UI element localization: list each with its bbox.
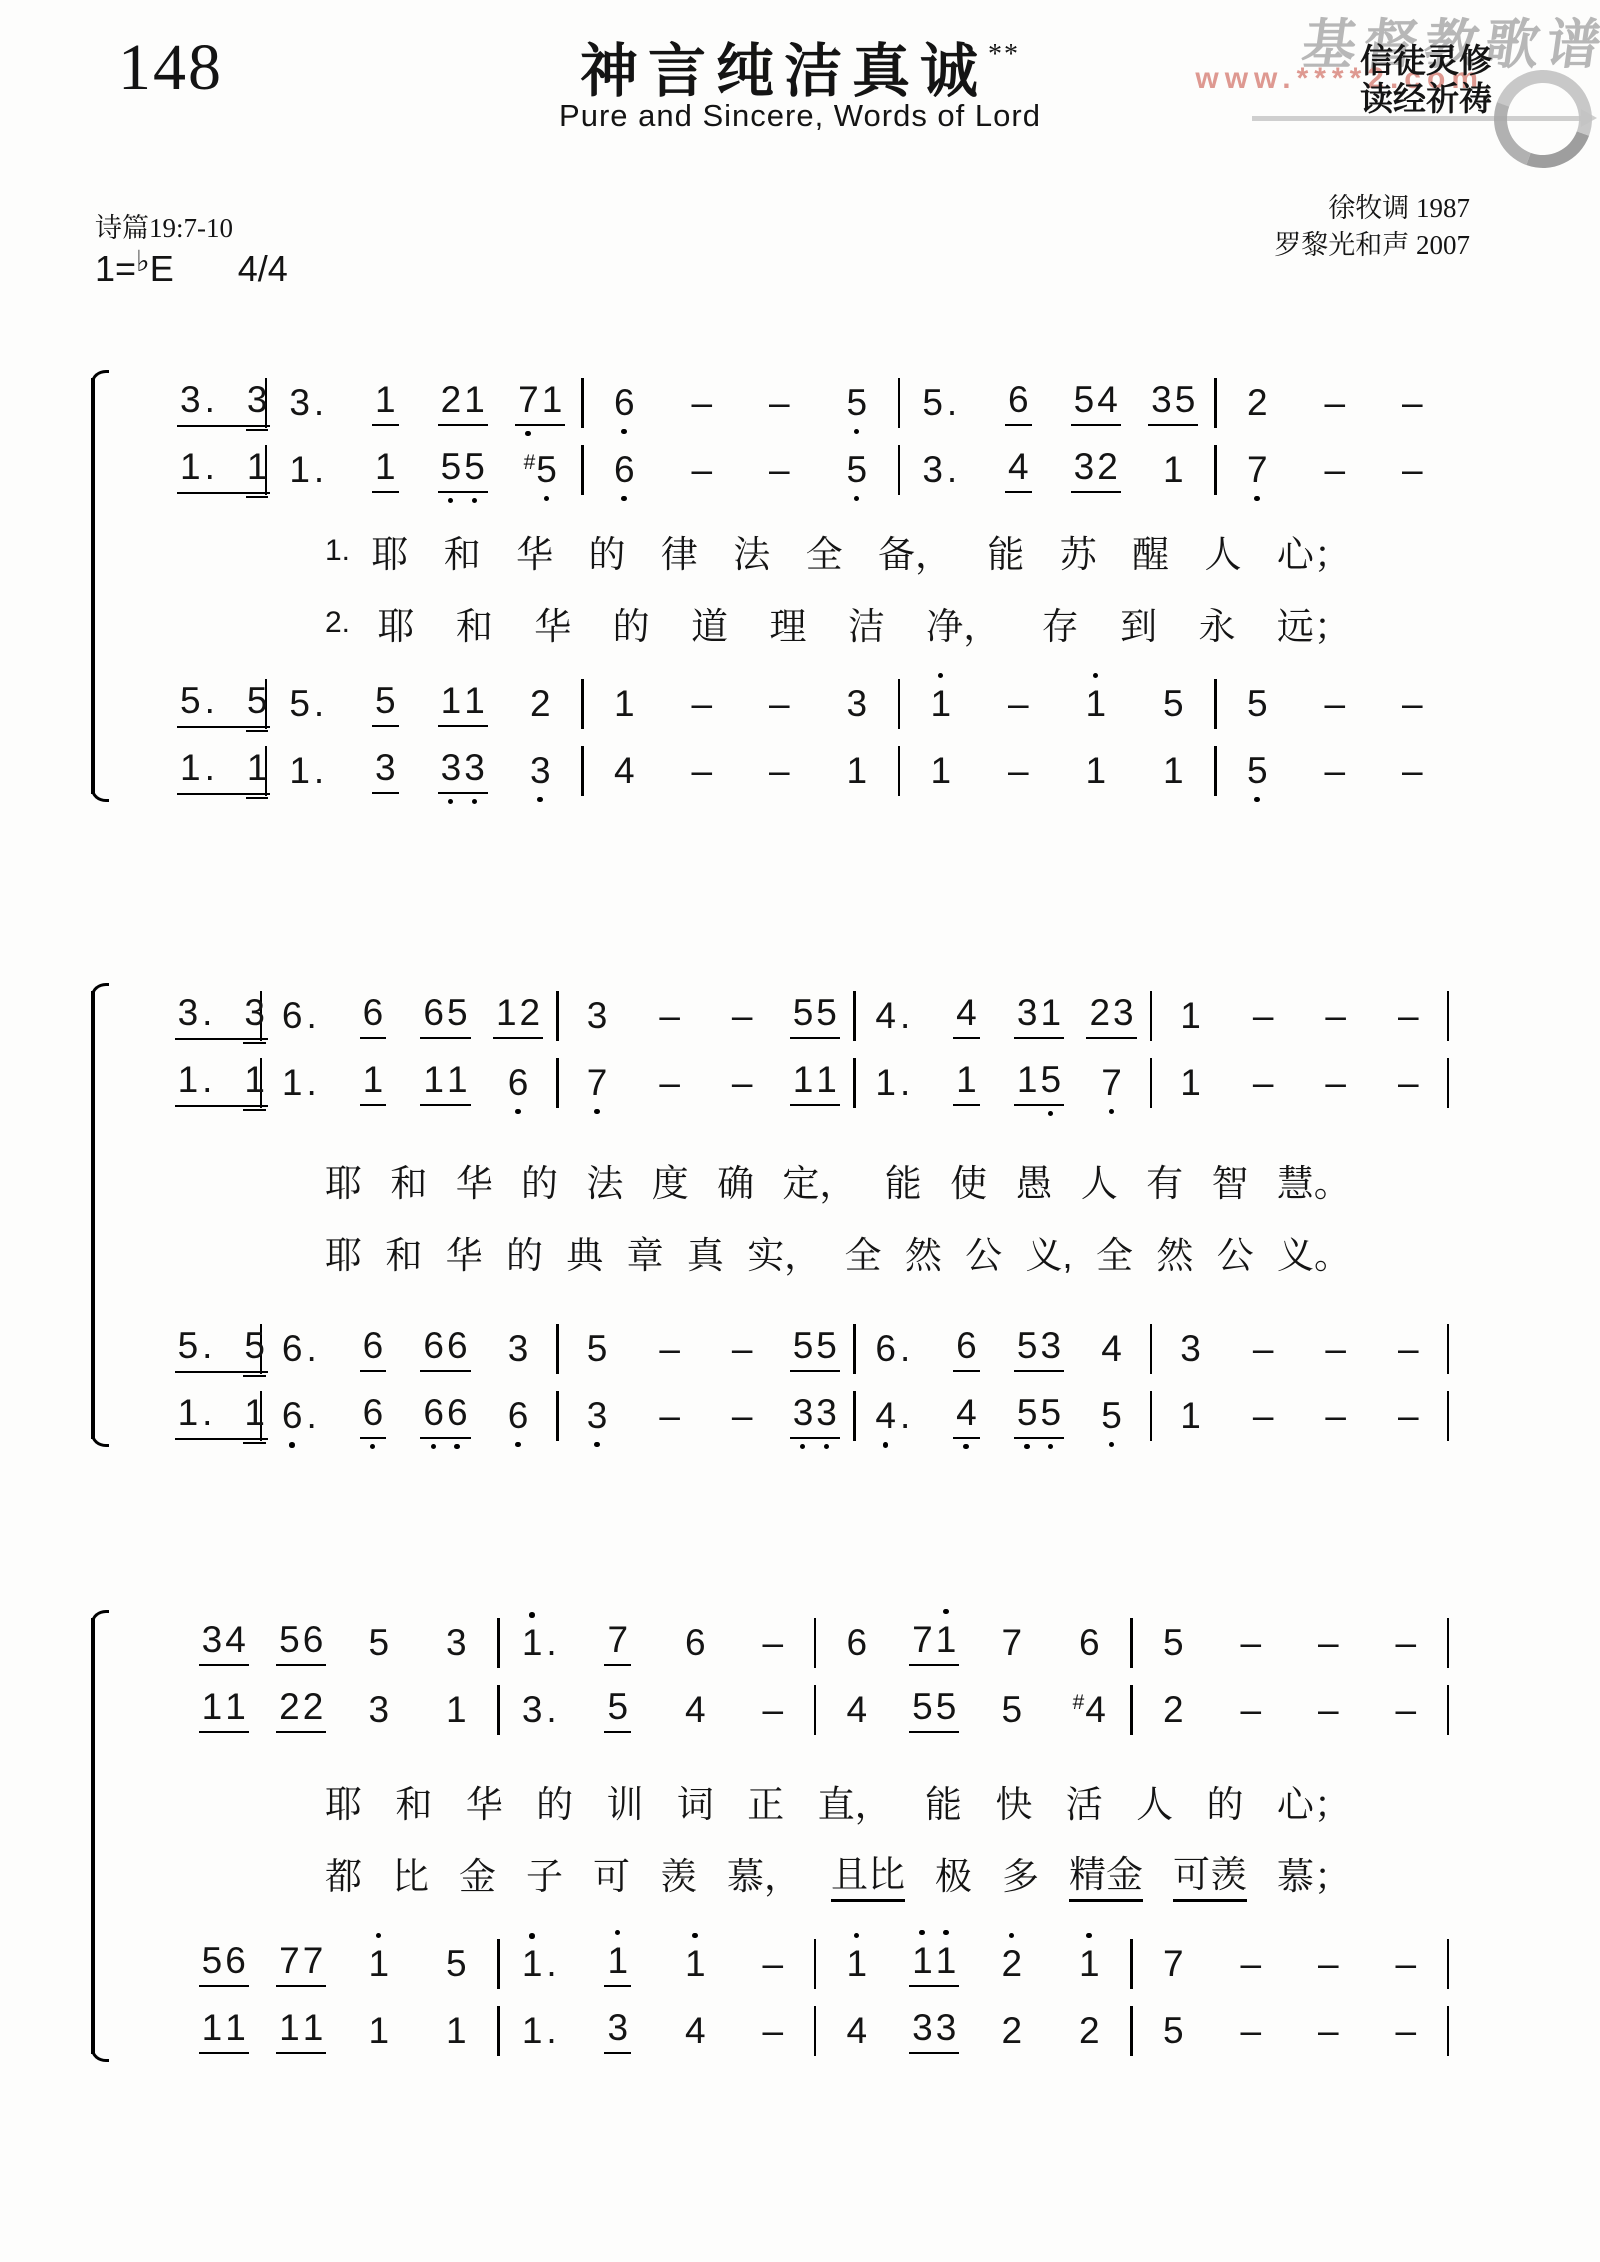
sustain-dash: – — [1402, 684, 1423, 725]
note-group: 6. — [282, 1328, 319, 1370]
note-group: 55 — [1014, 1393, 1064, 1440]
sustain-dash: – — [1318, 2011, 1339, 2052]
note-cell: 1.1 — [185, 446, 263, 494]
note-group: – — [691, 684, 712, 725]
dash-cell: – — [1372, 1396, 1445, 1437]
note-group: 1 — [1163, 450, 1184, 491]
note-cell: 1 — [418, 2011, 496, 2052]
sustain-dash: – — [1398, 1329, 1419, 1370]
sustain-dash: – — [659, 1396, 680, 1437]
note-group: 1 — [930, 751, 951, 792]
note-cell: 7 — [561, 1063, 634, 1104]
lyric-syllable: 心； — [1277, 524, 1351, 578]
note-group: – — [691, 751, 712, 792]
note-group: 7 — [604, 1620, 631, 1667]
note-group: 7 — [1247, 450, 1268, 491]
note-group: – — [1398, 1396, 1419, 1437]
dash-cell: – — [1372, 1329, 1445, 1370]
dash-cell: – — [734, 2011, 812, 2052]
dash-cell: – — [1299, 1396, 1372, 1437]
note-digit: 4 — [1097, 380, 1118, 421]
note-digit: 3 — [464, 748, 485, 789]
note-cell: 54 — [1057, 380, 1135, 427]
dash-cell: – — [1299, 996, 1372, 1037]
sustain-dash: – — [762, 1623, 783, 1664]
note-cell: 6 — [586, 450, 664, 491]
dash-cell: – — [734, 1623, 812, 1664]
note-group: 5 — [1001, 1690, 1022, 1731]
note-digit: 1 — [912, 1941, 933, 1982]
note-group: 5.5 — [175, 1325, 268, 1373]
note-digit: 1 — [289, 450, 310, 491]
barline — [497, 1618, 500, 1668]
note-group: 1 — [614, 684, 635, 725]
barline — [1447, 2006, 1450, 2056]
note-group: 5. — [922, 382, 959, 424]
note-digit: 7 — [1247, 450, 1268, 491]
note-digit: 5 — [912, 1687, 933, 1728]
note-cell: 1 — [902, 751, 980, 792]
note-digit: 2 — [303, 1687, 324, 1728]
note-group: 33 — [909, 2008, 959, 2055]
note-digit: 3 — [793, 1393, 814, 1434]
note-digit: 3 — [846, 684, 867, 725]
note-cell: 11 — [424, 681, 502, 728]
barline — [1214, 746, 1217, 796]
lyric-syllable: 确 — [717, 1153, 754, 1207]
note-group: 4 — [1005, 447, 1032, 494]
note-digit: 7 — [587, 1063, 608, 1104]
lyric-syllable: 度 — [652, 1153, 689, 1207]
note-digit: 6 — [363, 1393, 384, 1434]
dash-cell: – — [1367, 1944, 1445, 1985]
note-cell: 1. — [269, 750, 347, 792]
note-group: 1 — [446, 2011, 467, 2052]
note-digit: 1 — [816, 1060, 837, 1101]
note-digit: 2 — [1001, 1944, 1022, 1985]
note-digit: 2 — [1163, 1690, 1184, 1731]
note-cell: 22 — [263, 1687, 341, 1734]
augmentation-dot: . — [947, 382, 957, 424]
barline — [898, 445, 901, 495]
lyric-syllable: 活 — [1066, 1774, 1103, 1828]
note-digit: 5 — [368, 1623, 389, 1664]
note-digit: 7 — [607, 1620, 628, 1661]
sustain-dash: – — [769, 383, 790, 424]
note-digit: 2 — [530, 684, 551, 725]
note-group: – — [1253, 1396, 1274, 1437]
note-digit: 1 — [423, 1060, 444, 1101]
note-group: 6. — [282, 995, 319, 1037]
note-group: 1 — [846, 751, 867, 792]
note-digit: 1 — [225, 2008, 246, 2049]
note-digit: 3 — [446, 1623, 467, 1664]
dash-cell: – — [1299, 1063, 1372, 1104]
augmentation-dot: . — [306, 1062, 316, 1104]
lyric-syllable: 永 — [1199, 596, 1236, 650]
lyric-syllable: 的 — [506, 1225, 543, 1279]
note-digit: 4 — [685, 2011, 706, 2052]
note-digit: 1 — [793, 1060, 814, 1101]
note-group: 65 — [420, 993, 470, 1040]
lyric-syllable: 道 — [691, 596, 728, 650]
dash-cell: – — [741, 684, 819, 725]
note-group: 1. — [522, 1943, 559, 1985]
note-cell: 6. — [264, 1328, 337, 1370]
note-cell: 71 — [896, 1620, 974, 1667]
note-cell: 5 — [818, 450, 896, 491]
note-digit: 1 — [178, 1393, 199, 1434]
note-group: 1 — [368, 1944, 389, 1985]
soprano-line: 3456531.76–671765––– — [185, 1612, 1451, 1674]
note-cell: 4 — [818, 1690, 896, 1731]
barline — [556, 1058, 559, 1108]
note-digit: 6 — [508, 1063, 529, 1104]
note-group: – — [1325, 996, 1346, 1037]
barline — [814, 1618, 817, 1668]
key-note: E — [150, 248, 174, 289]
note-group: 4 — [953, 993, 980, 1040]
note-group: 56 — [276, 1620, 326, 1667]
barline — [898, 378, 901, 428]
note-digit: 1 — [247, 447, 268, 488]
sustain-dash: – — [762, 1690, 783, 1731]
note-cell: 3 — [340, 1690, 418, 1731]
note-cell: 31 — [1003, 993, 1076, 1040]
note-group: – — [659, 996, 680, 1037]
augmentation-dot: . — [900, 995, 910, 1037]
note-cell: 33 — [424, 748, 502, 795]
lyric-syllable: 的 — [536, 1774, 573, 1828]
note-digit: 3 — [587, 1396, 608, 1437]
barline — [1447, 1391, 1450, 1441]
note-digit: 1 — [846, 1944, 867, 1985]
note-group: 4 — [846, 2011, 867, 2052]
note-digit: 1 — [496, 993, 517, 1034]
note-cell: 4. — [858, 1395, 931, 1437]
note-digit: 3 — [441, 748, 462, 789]
dash-cell: – — [1212, 2011, 1290, 2052]
note-cell: 55 — [896, 1687, 974, 1734]
note-cell: 1. — [502, 1622, 580, 1664]
note-cell: 21 — [424, 380, 502, 427]
sustain-dash: – — [769, 450, 790, 491]
note-digit: 3 — [1113, 993, 1134, 1034]
note-digit: 5 — [936, 1687, 957, 1728]
lyric-syllable: 和 — [390, 1153, 427, 1207]
sustain-dash: – — [1008, 751, 1029, 792]
note-digit: 6 — [282, 1396, 303, 1437]
lyric-syllable: 净， — [926, 596, 1000, 650]
note-group: 1 — [1180, 1396, 1201, 1437]
note-cell: 1 — [818, 751, 896, 792]
dash-cell: – — [741, 383, 819, 424]
note-cell: 5 — [1135, 1623, 1213, 1664]
note-digit: 1 — [685, 1944, 706, 1985]
note-group: 11 — [420, 1060, 470, 1107]
note-cell: 5 — [818, 383, 896, 424]
note-cell: 33 — [779, 1393, 852, 1440]
note-group: 7 — [1101, 1063, 1122, 1104]
barline — [814, 2006, 817, 2056]
note-cell: 1 — [1057, 684, 1135, 725]
note-group: – — [1395, 2011, 1416, 2052]
note-digit: 4 — [685, 1690, 706, 1731]
note-group: 3 — [587, 996, 608, 1037]
note-cell: 3. — [502, 1689, 580, 1731]
note-group: 3 — [587, 1396, 608, 1437]
lyric-syllable: 典 — [566, 1225, 603, 1279]
note-digit: 3 — [922, 450, 943, 491]
lyric-syllable: 智 — [1211, 1153, 1248, 1207]
note-group: 23 — [1086, 993, 1136, 1040]
note-digit: 4 — [956, 993, 977, 1034]
lyric-syllable: 的 — [1207, 1774, 1244, 1828]
note-digit: 1 — [247, 748, 268, 789]
note-digit: 6 — [423, 993, 444, 1034]
note-group: – — [769, 383, 790, 424]
note-cell: 3 — [561, 1396, 634, 1437]
note-digit: 6 — [846, 1623, 867, 1664]
sustain-dash: – — [1253, 1329, 1274, 1370]
sustain-dash: – — [1395, 1944, 1416, 1985]
note-digit: 5 — [1163, 2011, 1184, 2052]
lyric-syllable: 到 — [1120, 596, 1157, 650]
note-group: 4 — [1101, 1329, 1122, 1370]
note-cell: 2 — [502, 684, 580, 725]
note-group: 1 — [930, 684, 951, 725]
note-cell: 55 — [779, 1326, 852, 1373]
note-group: 1. — [282, 1062, 319, 1104]
verse-number: 1. — [325, 534, 350, 568]
augmentation-dot: . — [314, 683, 324, 725]
note-cell: 1 — [1051, 1944, 1129, 1985]
note-digit: 3 — [912, 2008, 933, 2049]
note-group: 11 — [276, 2008, 326, 2055]
note-digit: 5 — [922, 383, 943, 424]
dash-cell: – — [1374, 383, 1452, 424]
sustain-dash: – — [1318, 1944, 1339, 1985]
note-group: 34 — [199, 1620, 249, 1667]
lyric-syllable: 人 — [1136, 1774, 1173, 1828]
lyric-syllable: 的 — [589, 524, 626, 578]
lyrics-block: 1.耶和华的律法全备，能苏醒人心；2.耶和华的道理洁净，存到永远； — [185, 515, 1451, 659]
lyrics-row-1: 耶和华的法度确定，能使愚人有智慧。 — [325, 1144, 1351, 1216]
lyric-syllable: 人 — [1081, 1153, 1118, 1207]
note-cell: 6 — [1051, 1623, 1129, 1664]
augmentation-dot: . — [306, 1328, 316, 1370]
barline — [1150, 1324, 1153, 1374]
dash-cell: – — [1296, 450, 1374, 491]
note-group: – — [762, 1690, 783, 1731]
dash-cell: – — [1227, 1063, 1300, 1104]
sustain-dash: – — [769, 684, 790, 725]
note-group: – — [1240, 1623, 1261, 1664]
note-digit: 1 — [180, 447, 201, 488]
lyric-syllable: 多 — [1002, 1846, 1039, 1900]
note-group: 1 — [1085, 684, 1106, 725]
note-group: 1 — [1085, 751, 1106, 792]
barline — [1447, 1324, 1450, 1374]
note-group: 71 — [909, 1620, 959, 1667]
note-cell: 3 — [418, 1623, 496, 1664]
note-cell: 5 — [340, 1623, 418, 1664]
note-digit: 5 — [375, 681, 396, 722]
note-group: 33 — [790, 1393, 840, 1440]
lyric-syllable: 耶 — [371, 524, 408, 578]
soprano-line: 3.33.121716––55.654352–– — [185, 372, 1451, 434]
note-group: 54 — [1071, 380, 1121, 427]
sustain-dash: – — [1395, 1623, 1416, 1664]
sustain-dash: – — [1398, 1396, 1419, 1437]
system-3: 3456531.76–671765–––1122313.54–4555#42––… — [85, 1612, 1457, 2062]
dash-cell: – — [741, 751, 819, 792]
note-cell: 3 — [482, 1329, 555, 1370]
lyric-syllable: 远； — [1277, 596, 1351, 650]
system-music: 3456531.76–671765–––1122313.54–4555#42––… — [185, 1612, 1451, 2062]
augmentation-dot: . — [306, 1395, 316, 1437]
note-cell: 3 — [1154, 1329, 1227, 1370]
note-group: – — [1398, 1063, 1419, 1104]
barline — [1150, 1391, 1153, 1441]
note-digit: 5 — [441, 447, 462, 488]
barline — [581, 746, 584, 796]
note-digit: 1 — [1180, 996, 1201, 1037]
category-tags: 信徒灵修 读经祈祷 — [1360, 42, 1492, 118]
dash-cell: – — [633, 1396, 706, 1437]
note-digit: 2 — [1079, 2011, 1100, 2052]
note-digit: 7 — [1001, 1623, 1022, 1664]
note-cell: 35 — [1135, 380, 1213, 427]
sustain-dash: – — [1324, 383, 1345, 424]
sustain-dash: – — [691, 383, 712, 424]
note-group: 53 — [1014, 1326, 1064, 1373]
alto-line: 1.11.155#56––53.43217–– — [185, 439, 1451, 501]
note-digit: 2 — [520, 993, 541, 1034]
note-group: – — [769, 450, 790, 491]
note-group: 1 — [1079, 1944, 1100, 1985]
system-brace-icon — [85, 987, 103, 1443]
dash-cell: – — [1290, 2011, 1368, 2052]
note-group: – — [769, 751, 790, 792]
note-group: 11 — [199, 1687, 249, 1734]
barline — [1447, 1939, 1450, 1989]
barline — [581, 378, 584, 428]
title-asterisks: ** — [988, 39, 1020, 70]
barline — [1150, 1058, 1153, 1108]
note-cell: 4 — [930, 1393, 1003, 1440]
note-digit: 2 — [441, 380, 462, 421]
dash-cell: – — [1299, 1329, 1372, 1370]
note-digit: 4 — [875, 1396, 896, 1437]
note-digit: 3 — [244, 993, 265, 1034]
lyric-syllable: 公 — [965, 1225, 1002, 1279]
note-group: 6 — [614, 383, 635, 424]
note-digit: 4 — [846, 1690, 867, 1731]
lyric-syllable: 洁 — [848, 596, 885, 650]
note-group: 4 — [953, 1393, 980, 1440]
note-group: 3 — [1180, 1329, 1201, 1370]
dash-cell: – — [1227, 996, 1300, 1037]
lyric-syllable: 理 — [769, 596, 806, 650]
note-cell: 65 — [409, 993, 482, 1040]
note-digit: 1 — [1085, 751, 1106, 792]
note-digit: 3 — [375, 748, 396, 789]
note-digit: 5 — [607, 1687, 628, 1728]
note-digit: 1 — [1180, 1063, 1201, 1104]
note-group: 5 — [846, 383, 867, 424]
lyric-syllable: 华 — [534, 596, 571, 650]
note-group: 1 — [372, 380, 399, 427]
note-group: 3. — [522, 1689, 559, 1731]
sustain-dash: – — [732, 996, 753, 1037]
note-digit: 6 — [225, 1941, 246, 1982]
note-cell: 11 — [185, 1687, 263, 1734]
note-group: 6 — [685, 1623, 706, 1664]
barline — [898, 679, 901, 729]
note-digit: 1 — [303, 2008, 324, 2049]
note-group: – — [1398, 1329, 1419, 1370]
barline — [814, 1939, 817, 1989]
note-digit: 1 — [846, 751, 867, 792]
note-group: – — [1325, 1329, 1346, 1370]
note-cell: 4 — [930, 993, 1003, 1040]
note-digit: 5 — [1040, 1060, 1061, 1101]
augmentation-dot: . — [202, 992, 212, 1034]
composer-credit-2: 罗黎光和声 2007 — [1274, 227, 1470, 264]
hymn-title: 神言纯洁真诚 — [580, 39, 988, 104]
barline — [1214, 378, 1217, 428]
note-group: 5 — [604, 1687, 631, 1734]
note-group: 5 — [587, 1329, 608, 1370]
lyric-syllable: 华 — [466, 1774, 503, 1828]
note-cell: 5 — [579, 1687, 657, 1734]
sustain-dash: – — [1240, 1944, 1261, 1985]
dash-cell: – — [1290, 1623, 1368, 1664]
lyric-syllable: 和 — [444, 524, 481, 578]
note-group: – — [1402, 450, 1423, 491]
note-group: – — [1402, 383, 1423, 424]
note-digit: 5 — [1001, 1690, 1022, 1731]
augmentation-dot: . — [900, 1395, 910, 1437]
note-group: – — [762, 1623, 783, 1664]
note-group: – — [1240, 2011, 1261, 2052]
note-digit: 1 — [956, 1060, 977, 1101]
lyric-syllable: 精金 — [1069, 1844, 1143, 1902]
dash-cell: – — [1367, 2011, 1445, 2052]
note-group: – — [1395, 1690, 1416, 1731]
note-cell: 6 — [482, 1063, 555, 1104]
note-group: #4 — [1073, 1690, 1106, 1731]
barline — [1214, 679, 1217, 729]
lyric-syllable: 使 — [950, 1153, 987, 1207]
lyric-syllable: 金 — [459, 1846, 496, 1900]
note-cell: 11 — [779, 1060, 852, 1107]
note-digit: 3 — [178, 993, 199, 1034]
note-digit: 3 — [1017, 993, 1038, 1034]
note-group: 5 — [1163, 684, 1184, 725]
augmentation-dot: . — [306, 995, 316, 1037]
note-group: 3 — [604, 2008, 631, 2055]
lyric-syllable: 律 — [661, 524, 698, 578]
note-digit: 1 — [936, 1941, 957, 1982]
note-group: 1 — [446, 1690, 467, 1731]
note-digit: 3 — [1040, 1326, 1061, 1367]
note-digit: 2 — [1247, 383, 1268, 424]
dash-cell: – — [663, 383, 741, 424]
dash-cell: – — [734, 1944, 812, 1985]
note-digit: 1 — [282, 1063, 303, 1104]
